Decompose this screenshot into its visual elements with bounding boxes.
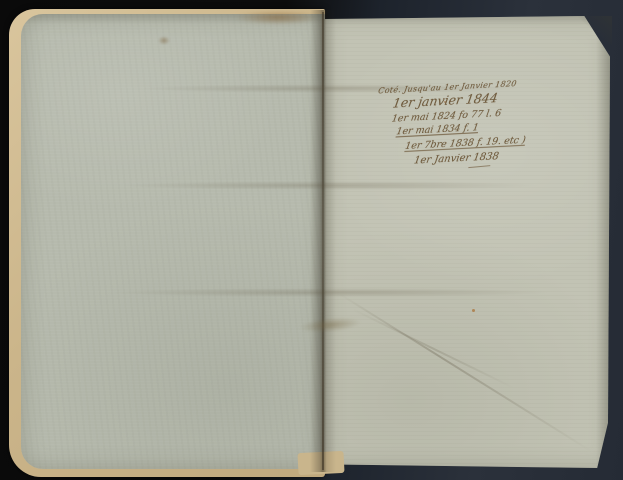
small-stain-spot: [158, 36, 170, 45]
ink-speck: [472, 309, 475, 312]
horizontal-crease: [110, 288, 550, 297]
horizontal-crease: [120, 181, 540, 190]
handwritten-inscriptions: Coté. Jusqu'au 1er Janvier 1820 1er janv…: [376, 77, 585, 169]
gutter-fold-line: [322, 12, 324, 470]
left-page: [21, 14, 325, 469]
scanned-book-spread: Coté. Jusqu'au 1er Janvier 1820 1er janv…: [0, 0, 623, 480]
